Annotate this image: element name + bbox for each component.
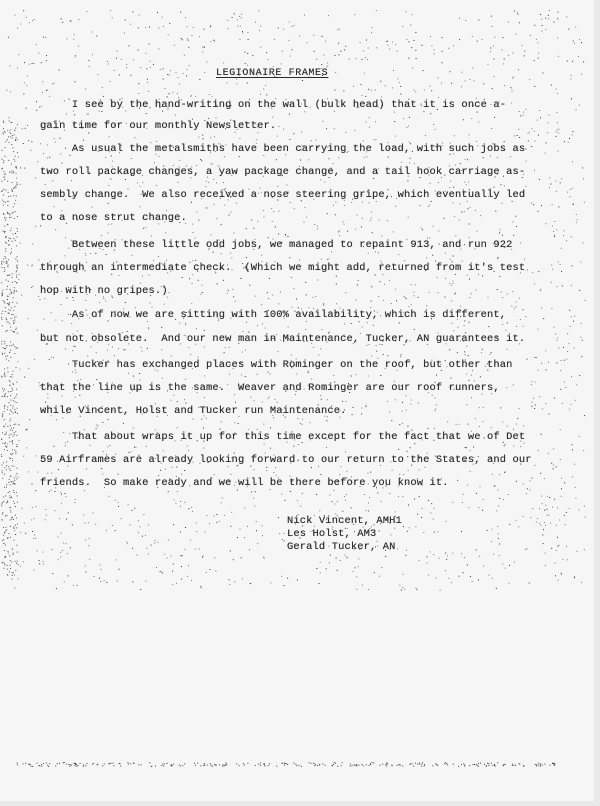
body-line: hop with no gripes.) xyxy=(40,286,168,296)
body-line: As of now we are sitting with 100% avail… xyxy=(40,310,506,320)
body-line: through an intermediate check. (Which we… xyxy=(40,263,525,273)
body-line: sembly change. We also received a nose s… xyxy=(40,190,525,200)
body-line: that the line up is the same. Weaver and… xyxy=(40,383,500,393)
body-line: Between these little odd jobs, we manage… xyxy=(40,240,513,250)
body-line: 59 Airframes are already looking forward… xyxy=(40,455,532,465)
signature-line: Gerald Tucker, AN xyxy=(287,542,396,552)
body-line: friends. So make ready and we will be th… xyxy=(40,478,449,488)
document-title: LEGIONAIRE FRAMES xyxy=(216,69,328,79)
body-line: Tucker has exchanged places with Rominge… xyxy=(40,360,513,370)
body-line: to a nose strut change. xyxy=(40,213,187,223)
body-line: two roll package changes, a yaw package … xyxy=(40,167,525,177)
body-line: gain time for our monthly Newsletter. xyxy=(40,121,276,131)
body-line: while Vincent, Holst and Tucker run Main… xyxy=(40,406,347,416)
body-line: but not obsolete. And our new man in Mai… xyxy=(40,334,525,344)
body-line: I see by the hand-writing on the wall (b… xyxy=(40,100,506,110)
body-line: As usual the metalsmiths have been carry… xyxy=(40,144,525,154)
signature-line: Les Holst, AM3 xyxy=(287,529,376,539)
signature-line: Nick Vincent, AMH1 xyxy=(287,516,402,526)
scanned-page: LEGIONAIRE FRAMES I see by the hand-writ… xyxy=(0,0,594,801)
body-line: That about wraps it up for this time exc… xyxy=(40,432,525,442)
